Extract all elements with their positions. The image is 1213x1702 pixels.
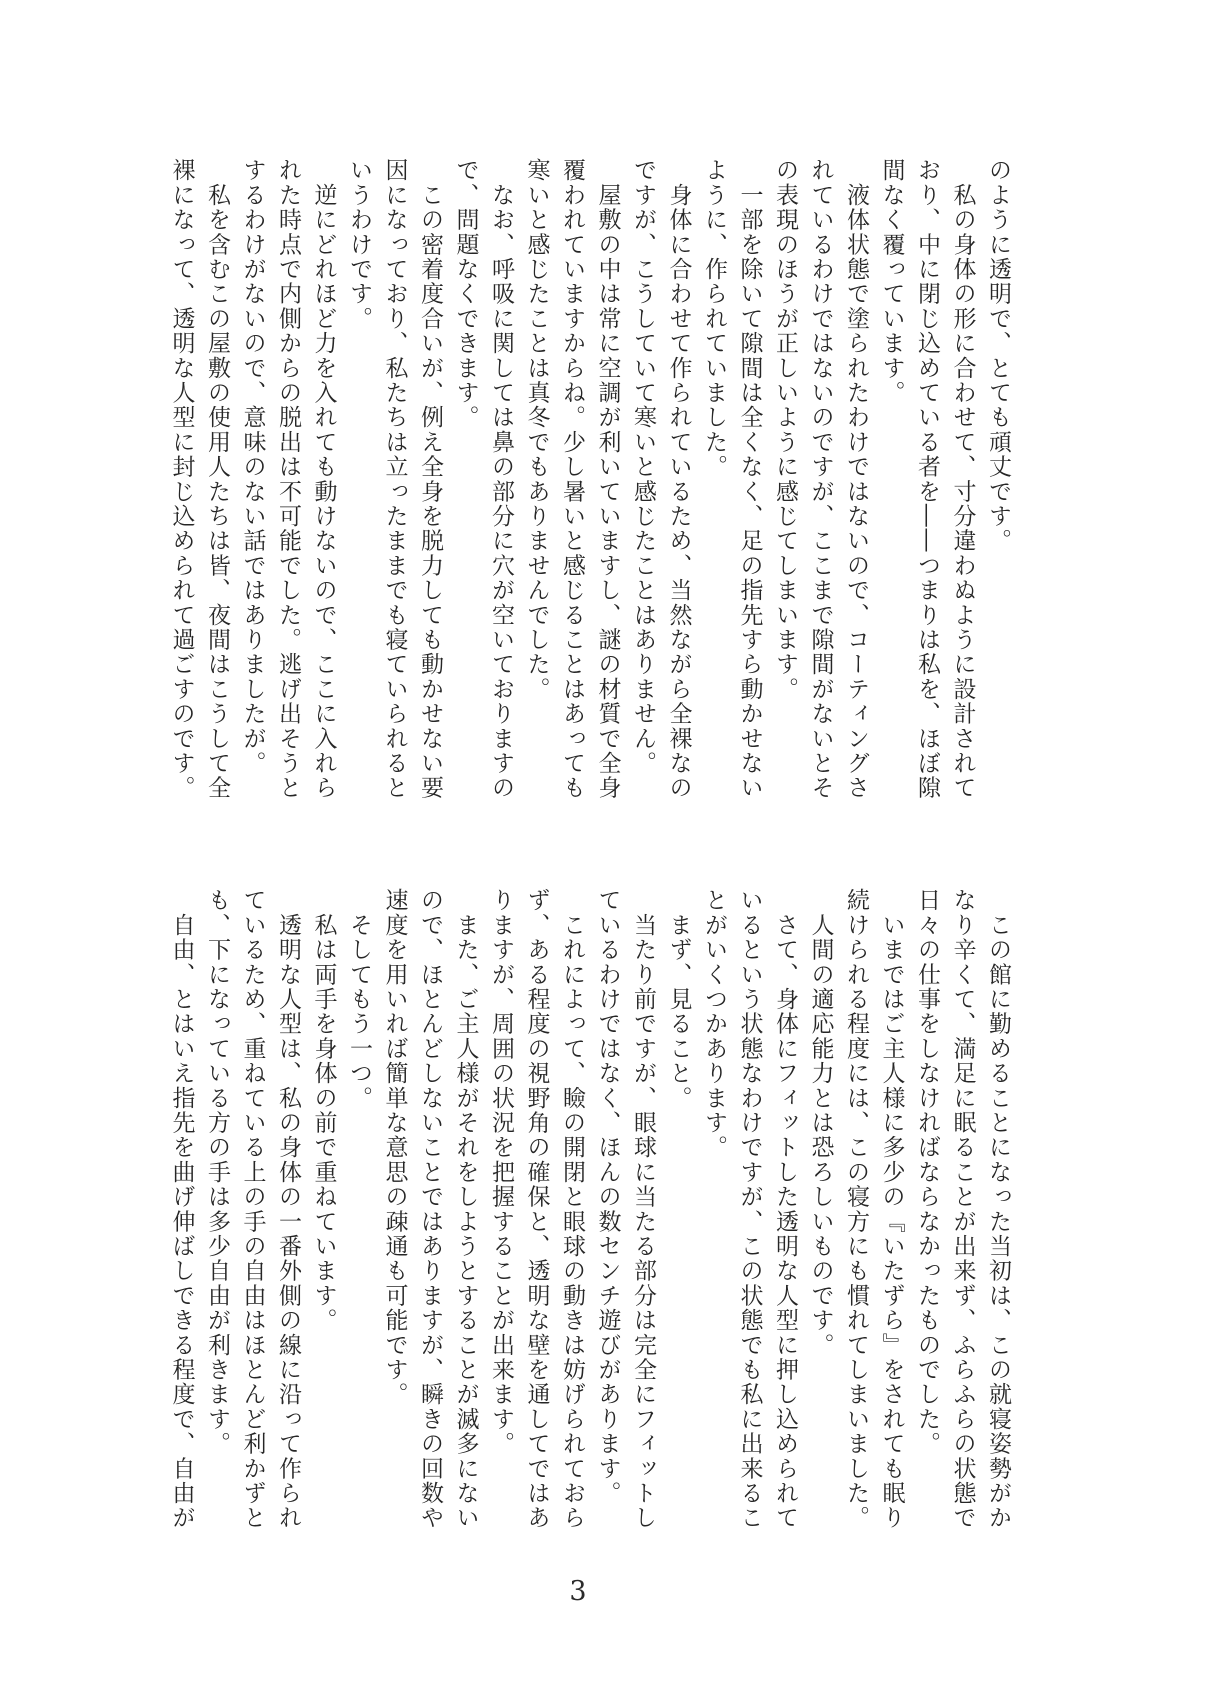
lower-text-block: この館に勤めることになった当初は、この就寝姿勢がかなり辛くて、満足に眠ることが出… xyxy=(162,888,1015,1534)
text-line: また、ご主人様がそれをしようとすることが滅多にない xyxy=(447,888,483,1534)
text-line: いうわけです。 xyxy=(341,158,377,804)
text-line: そしてもう一つ。 xyxy=(341,888,377,1534)
text-line: 私を含むこの屋敷の使用人たちは皆、夜間はこうして全 xyxy=(199,158,235,804)
text-line: 速度を用いれば簡単な意思の疎通も可能です。 xyxy=(376,888,412,1534)
text-line: れているわけではないのですが、ここまで隙間がないとそ xyxy=(802,158,838,804)
text-line: 液体状態で塗られたわけではないので、コーティングさ xyxy=(838,158,874,804)
text-line: 当たり前ですが、眼球に当たる部分は完全にフィットし xyxy=(625,888,661,1534)
text-line: なお、呼吸に関しては鼻の部分に穴が空いておりますの xyxy=(483,158,519,804)
text-line: 一部を除いて隙間は全くなく、足の指先すら動かせない xyxy=(731,158,767,804)
text-line: いまではご主人様に多少の『いたずら』をされても眠り xyxy=(873,888,909,1534)
text-line: 屋敷の中は常に空調が利いていますし、謎の材質で全身 xyxy=(589,158,625,804)
text-line: まず、見ること。 xyxy=(660,888,696,1534)
text-line: も、下になっている方の手は多少自由が利きます。 xyxy=(199,888,235,1534)
text-line: 私は両手を身体の前で重ねています。 xyxy=(305,888,341,1534)
text-line: 覆われていますからね。少し暑いと感じることはあっても xyxy=(554,158,590,804)
text-line: ので、ほとんどしないことではありますが、瞬きの回数や xyxy=(412,888,448,1534)
text-line: 寒いと感じたことは真冬でもありませんでした。 xyxy=(518,158,554,804)
text-line: 続けられる程度には、この寝方にも慣れてしまいました。 xyxy=(838,888,874,1534)
text-line: の表現のほうが正しいように感じてしまいます。 xyxy=(767,158,803,804)
text-line: りますが、周囲の状況を把握することが出来ます。 xyxy=(483,888,519,1534)
text-line: するわけがないので、意味のない話ではありましたが。 xyxy=(234,158,270,804)
text-line: 自由、とはいえ指先を曲げ伸ばしできる程度で、自由が xyxy=(163,888,199,1534)
text-line: ず、ある程度の視野角の確保と、透明な壁を通してではあ xyxy=(518,888,554,1534)
text-line: なり辛くて、満足に眠ることが出来ず、ふらふらの状態で xyxy=(944,888,980,1534)
text-line: ているため、重ねている上の手の自由はほとんど利かずと xyxy=(234,888,270,1534)
text-line: 透明な人型は、私の身体の一番外側の線に沿って作られ xyxy=(270,888,306,1534)
upper-text-block: のように透明で、とても頑丈です。 私の身体の形に合わせて、寸分違わぬように設計さ… xyxy=(162,158,1015,804)
text-line: れた時点で内側からの脱出は不可能でした。逃げ出そうと xyxy=(270,158,306,804)
text-line: さて、身体にフィットした透明な人型に押し込められて xyxy=(767,888,803,1534)
text-line: 身体に合わせて作られているため、当然ながら全裸なの xyxy=(660,158,696,804)
page: のように透明で、とても頑丈です。 私の身体の形に合わせて、寸分違わぬように設計さ… xyxy=(0,0,1213,1702)
page-number: 3 xyxy=(552,1576,604,1607)
text-line: いるという状態なわけですが、この状態でも私に出来るこ xyxy=(731,888,767,1534)
text-line: この密着度合いが、例え全身を脱力しても動かせない要 xyxy=(412,158,448,804)
text-line: 日々の仕事をしなければならなかったものでした。 xyxy=(909,888,945,1534)
text-line: ているわけではなく、ほんの数センチ遊びがあります。 xyxy=(589,888,625,1534)
text-line: 私の身体の形に合わせて、寸分違わぬように設計されて xyxy=(944,158,980,804)
text-line: のように透明で、とても頑丈です。 xyxy=(980,158,1016,804)
text-line: で、問題なくできます。 xyxy=(447,158,483,804)
text-line: これによって、瞼の開閉と眼球の動きは妨げられておら xyxy=(554,888,590,1534)
text-line: この館に勤めることになった当初は、この就寝姿勢がか xyxy=(980,888,1016,1534)
text-line: 因になっており、私たちは立ったままでも寝ていられると xyxy=(376,158,412,804)
text-line: おり、中に閉じ込めている者を――つまりは私を、ほぼ隙 xyxy=(909,158,945,804)
text-line: 逆にどれほど力を入れても動けないので、ここに入れら xyxy=(305,158,341,804)
text-line: とがいくつかあります。 xyxy=(696,888,732,1534)
text-line: 人間の適応能力とは恐ろしいものです。 xyxy=(802,888,838,1534)
text-line: ですが、こうしていて寒いと感じたことはありません。 xyxy=(625,158,661,804)
text-line: 間なく覆っています。 xyxy=(873,158,909,804)
text-line: 裸になって、透明な人型に封じ込められて過ごすのです。 xyxy=(163,158,199,804)
text-line: ように、作られていました。 xyxy=(696,158,732,804)
